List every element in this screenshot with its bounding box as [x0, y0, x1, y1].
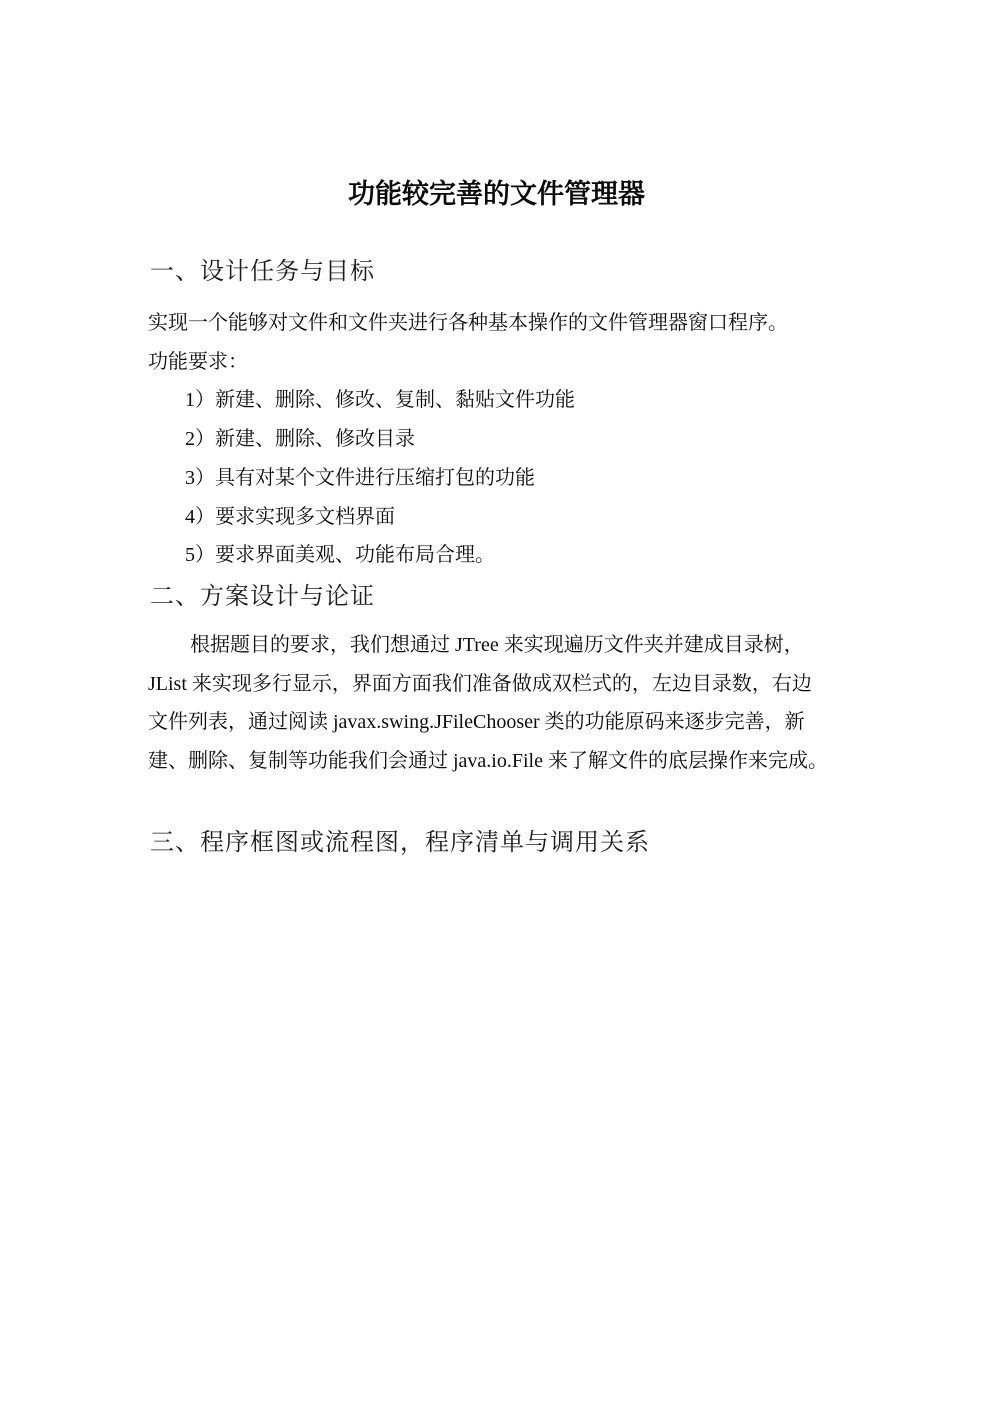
plan-paragraph-line-1: 根据题目的要求，我们想通过 JTree 来实现遍历文件夹并建成目录树，: [148, 626, 854, 665]
section-1-body: 实现一个能够对文件和文件夹进行各种基本操作的文件管理器窗口程序。 功能要求： 1…: [148, 304, 854, 575]
document-page: 功能较完善的文件管理器 一、设计任务与目标 实现一个能够对文件和文件夹进行各种基…: [0, 0, 993, 1404]
plan-paragraph-line-3: 文件列表，通过阅读 javax.swing.JFileChooser 类的功能原…: [148, 703, 854, 742]
requirement-item-1: 1）新建、删除、修改、复制、黏贴文件功能: [148, 381, 854, 420]
plan-paragraph-line-2: JList 来实现多行显示，界面方面我们准备做成双栏式的，左边目录数，右边: [148, 665, 854, 704]
section-3-heading: 三、程序框图或流程图，程序清单与调用关系: [150, 830, 650, 858]
requirement-item-5: 5）要求界面美观、功能布局合理。: [148, 536, 854, 575]
section-2-body: 根据题目的要求，我们想通过 JTree 来实现遍历文件夹并建成目录树， JLis…: [148, 626, 854, 781]
plan-paragraph-line-4: 建、删除、复制等功能我们会通过 java.io.File 来了解文件的底层操作来…: [148, 742, 854, 781]
requirement-item-3: 3）具有对某个文件进行压缩打包的功能: [148, 459, 854, 498]
section-1-heading: 一、设计任务与目标: [150, 259, 375, 287]
section-2-heading: 二、方案设计与论证: [150, 584, 375, 612]
section-1-intro: 实现一个能够对文件和文件夹进行各种基本操作的文件管理器窗口程序。: [148, 304, 854, 343]
requirement-item-4: 4）要求实现多文档界面: [148, 498, 854, 537]
requirements-label: 功能要求：: [148, 343, 854, 382]
requirement-item-2: 2）新建、删除、修改目录: [148, 420, 854, 459]
document-title: 功能较完善的文件管理器: [0, 179, 993, 210]
